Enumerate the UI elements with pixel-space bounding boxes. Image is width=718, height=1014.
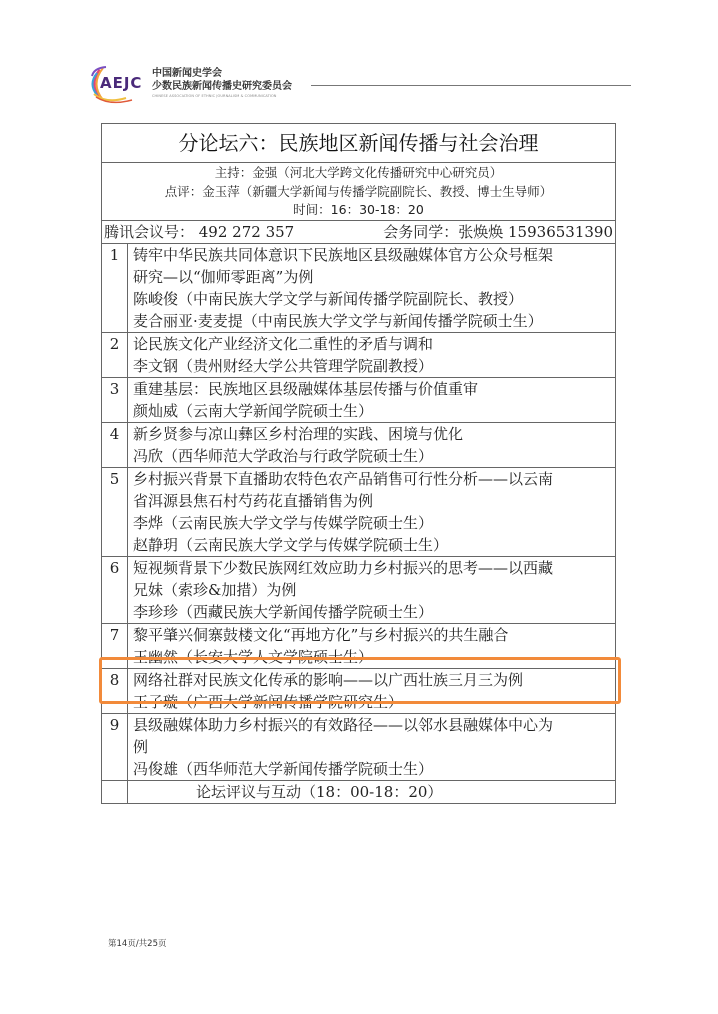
- time-line: 时间：16：30-18：20: [102, 201, 615, 220]
- aejc-logo: AEJC: [86, 64, 148, 104]
- item-number: 3: [102, 378, 128, 423]
- item-content: 铸牢中华民族共同体意识下民族地区县级融媒体官方公众号框架 研究—以“伽师零距离”…: [128, 244, 616, 333]
- presenter: 冯欣（西华师范大学政治与行政学院硕士生）: [133, 445, 615, 467]
- item-content: 乡村振兴背景下直播助农特色农产品销售可行性分析——以云南 省洱源县焦石村芍药花直…: [128, 468, 616, 557]
- org-line3-english: CHINESE ASSOCIATION OF ETHNIC JOURNALISM…: [152, 93, 292, 99]
- item-content: 黎平肇兴侗寨鼓楼文化“再地方化”与乡村振兴的共生融合 王幽然（长安大学人文学院硕…: [128, 624, 616, 669]
- paper-title: 县级融媒体助力乡村振兴的有效路径——以邻水县融媒体中心为: [133, 714, 615, 736]
- table-row: 9 县级融媒体助力乡村振兴的有效路径——以邻水县融媒体中心为 例 冯俊雄（西华师…: [102, 714, 616, 781]
- item-content: 县级融媒体助力乡村振兴的有效路径——以邻水县融媒体中心为 例 冯俊雄（西华师范大…: [128, 714, 616, 781]
- presenter: 冯俊雄（西华师范大学新闻传播学院硕士生）: [133, 758, 615, 780]
- document-header: AEJC 中国新闻史学会 少数民族新闻传播史研究委员会 CHINESE ASSO…: [86, 64, 636, 106]
- item-content: 论民族文化产业经济文化二重性的矛盾与调和 李文钢（贵州财经大学公共管理学院副教授…: [128, 333, 616, 378]
- paper-title: 网络社群对民族文化传承的影响——以广西壮族三月三为例: [133, 669, 615, 691]
- paper-title: 新乡贤参与凉山彝区乡村治理的实践、困境与优化: [133, 423, 615, 445]
- table-row: 5 乡村振兴背景下直播助农特色农产品销售可行性分析——以云南 省洱源县焦石村芍药…: [102, 468, 616, 557]
- item-content: 短视频背景下少数民族网红效应助力乡村振兴的思考——以西藏 兄妹（索珍&加措）为例…: [128, 557, 616, 624]
- paper-title: 乡村振兴背景下直播助农特色农产品销售可行性分析——以云南: [133, 468, 615, 490]
- table-row: 7 黎平肇兴侗寨鼓楼文化“再地方化”与乡村振兴的共生融合 王幽然（长安大学人文学…: [102, 624, 616, 669]
- presenter: 李烨（云南民族大学文学与传媒学院硕士生）: [133, 512, 615, 534]
- paper-title: 短视频背景下少数民族网红效应助力乡村振兴的思考——以西藏: [133, 557, 615, 579]
- host-line: 主持：金强（河北大学跨文化传播研究中心研究员）: [102, 164, 615, 183]
- org-line2: 少数民族新闻传播史研究委员会: [152, 80, 292, 93]
- presenter: 李珍珍（西藏民族大学新闻传播学院硕士生）: [133, 601, 615, 623]
- closing-session: 论坛评议与互动（18：00-18：20）: [128, 781, 616, 804]
- logo-text: AEJC: [100, 74, 142, 92]
- paper-title: 省洱源县焦石村芍药花直播销售为例: [133, 490, 615, 512]
- presenter: 王幽然（长安大学人文学院硕士生）: [133, 646, 615, 668]
- paper-title: 重建基层：民族地区县级融媒体基层传播与价值重审: [133, 378, 615, 400]
- item-number: 6: [102, 557, 128, 624]
- item-number: 7: [102, 624, 128, 669]
- paper-title: 论民族文化产业经济文化二重性的矛盾与调和: [133, 333, 615, 355]
- org-name: 中国新闻史学会 少数民族新闻传播史研究委员会 CHINESE ASSOCIATI…: [152, 67, 292, 99]
- paper-title: 兄妹（索珍&加措）为例: [133, 579, 615, 601]
- table-row: 1 铸牢中华民族共同体意识下民族地区县级融媒体官方公众号框架 研究—以“伽师零距…: [102, 244, 616, 333]
- meeting-info-row: 腾讯会议号： 492 272 357 会务同学：张焕焕 15936531390: [102, 221, 616, 244]
- session-title: 分论坛六：民族地区新闻传播与社会治理: [102, 124, 616, 163]
- table-row: 2 论民族文化产业经济文化二重性的矛盾与调和 李文钢（贵州财经大学公共管理学院副…: [102, 333, 616, 378]
- table-row: 3 重建基层：民族地区县级融媒体基层传播与价值重审 颜灿威（云南大学新闻学院硕士…: [102, 378, 616, 423]
- item-number-empty: [102, 781, 128, 804]
- paper-title: 黎平肇兴侗寨鼓楼文化“再地方化”与乡村振兴的共生融合: [133, 624, 615, 646]
- presenter: 陈峻俊（中南民族大学文学与新闻传播学院副院长、教授）: [133, 288, 615, 310]
- paper-title: 铸牢中华民族共同体意识下民族地区县级融媒体官方公众号框架: [133, 244, 615, 266]
- item-number: 8: [102, 669, 128, 714]
- presenter: 颜灿威（云南大学新闻学院硕士生）: [133, 400, 615, 422]
- presenter: 王子璇（广西大学新闻传播学院研究生）: [133, 691, 615, 713]
- paper-title: 例: [133, 736, 615, 758]
- item-number: 2: [102, 333, 128, 378]
- item-number: 4: [102, 423, 128, 468]
- header-divider: [311, 85, 631, 86]
- table-row-highlighted: 8 网络社群对民族文化传承的影响——以广西壮族三月三为例 王子璇（广西大学新闻传…: [102, 669, 616, 714]
- presenter: 麦合丽亚·麦麦提（中南民族大学文学与新闻传播学院硕士生）: [133, 310, 615, 332]
- table-row: 6 短视频背景下少数民族网红效应助力乡村振兴的思考——以西藏 兄妹（索珍&加措）…: [102, 557, 616, 624]
- item-content: 重建基层：民族地区县级融媒体基层传播与价值重审 颜灿威（云南大学新闻学院硕士生）: [128, 378, 616, 423]
- item-number: 9: [102, 714, 128, 781]
- table-row: 4 新乡贤参与凉山彝区乡村治理的实践、困境与优化 冯欣（西华师范大学政治与行政学…: [102, 423, 616, 468]
- page-number: 第14页/共25页: [108, 937, 167, 949]
- reviewer-line: 点评：金玉萍（新疆大学新闻与传播学院副院长、教授、博士生导师）: [102, 183, 615, 202]
- program-table: 分论坛六：民族地区新闻传播与社会治理 主持：金强（河北大学跨文化传播研究中心研究…: [101, 123, 616, 804]
- contact-info: 会务同学：张焕焕 15936531390: [383, 221, 615, 243]
- org-line1: 中国新闻史学会: [152, 67, 292, 80]
- closing-row: 论坛评议与互动（18：00-18：20）: [102, 781, 616, 804]
- item-content: 新乡贤参与凉山彝区乡村治理的实践、困境与优化 冯欣（西华师范大学政治与行政学院硕…: [128, 423, 616, 468]
- item-content: 网络社群对民族文化传承的影响——以广西壮族三月三为例 王子璇（广西大学新闻传播学…: [128, 669, 616, 714]
- meeting-id: 腾讯会议号： 492 272 357: [102, 221, 294, 243]
- presenter: 李文钢（贵州财经大学公共管理学院副教授）: [133, 355, 615, 377]
- session-meta: 主持：金强（河北大学跨文化传播研究中心研究员） 点评：金玉萍（新疆大学新闻与传播…: [102, 163, 616, 221]
- item-number: 5: [102, 468, 128, 557]
- item-number: 1: [102, 244, 128, 333]
- paper-title: 研究—以“伽师零距离”为例: [133, 266, 615, 288]
- presenter: 赵静玥（云南民族大学文学与传媒学院硕士生）: [133, 534, 615, 556]
